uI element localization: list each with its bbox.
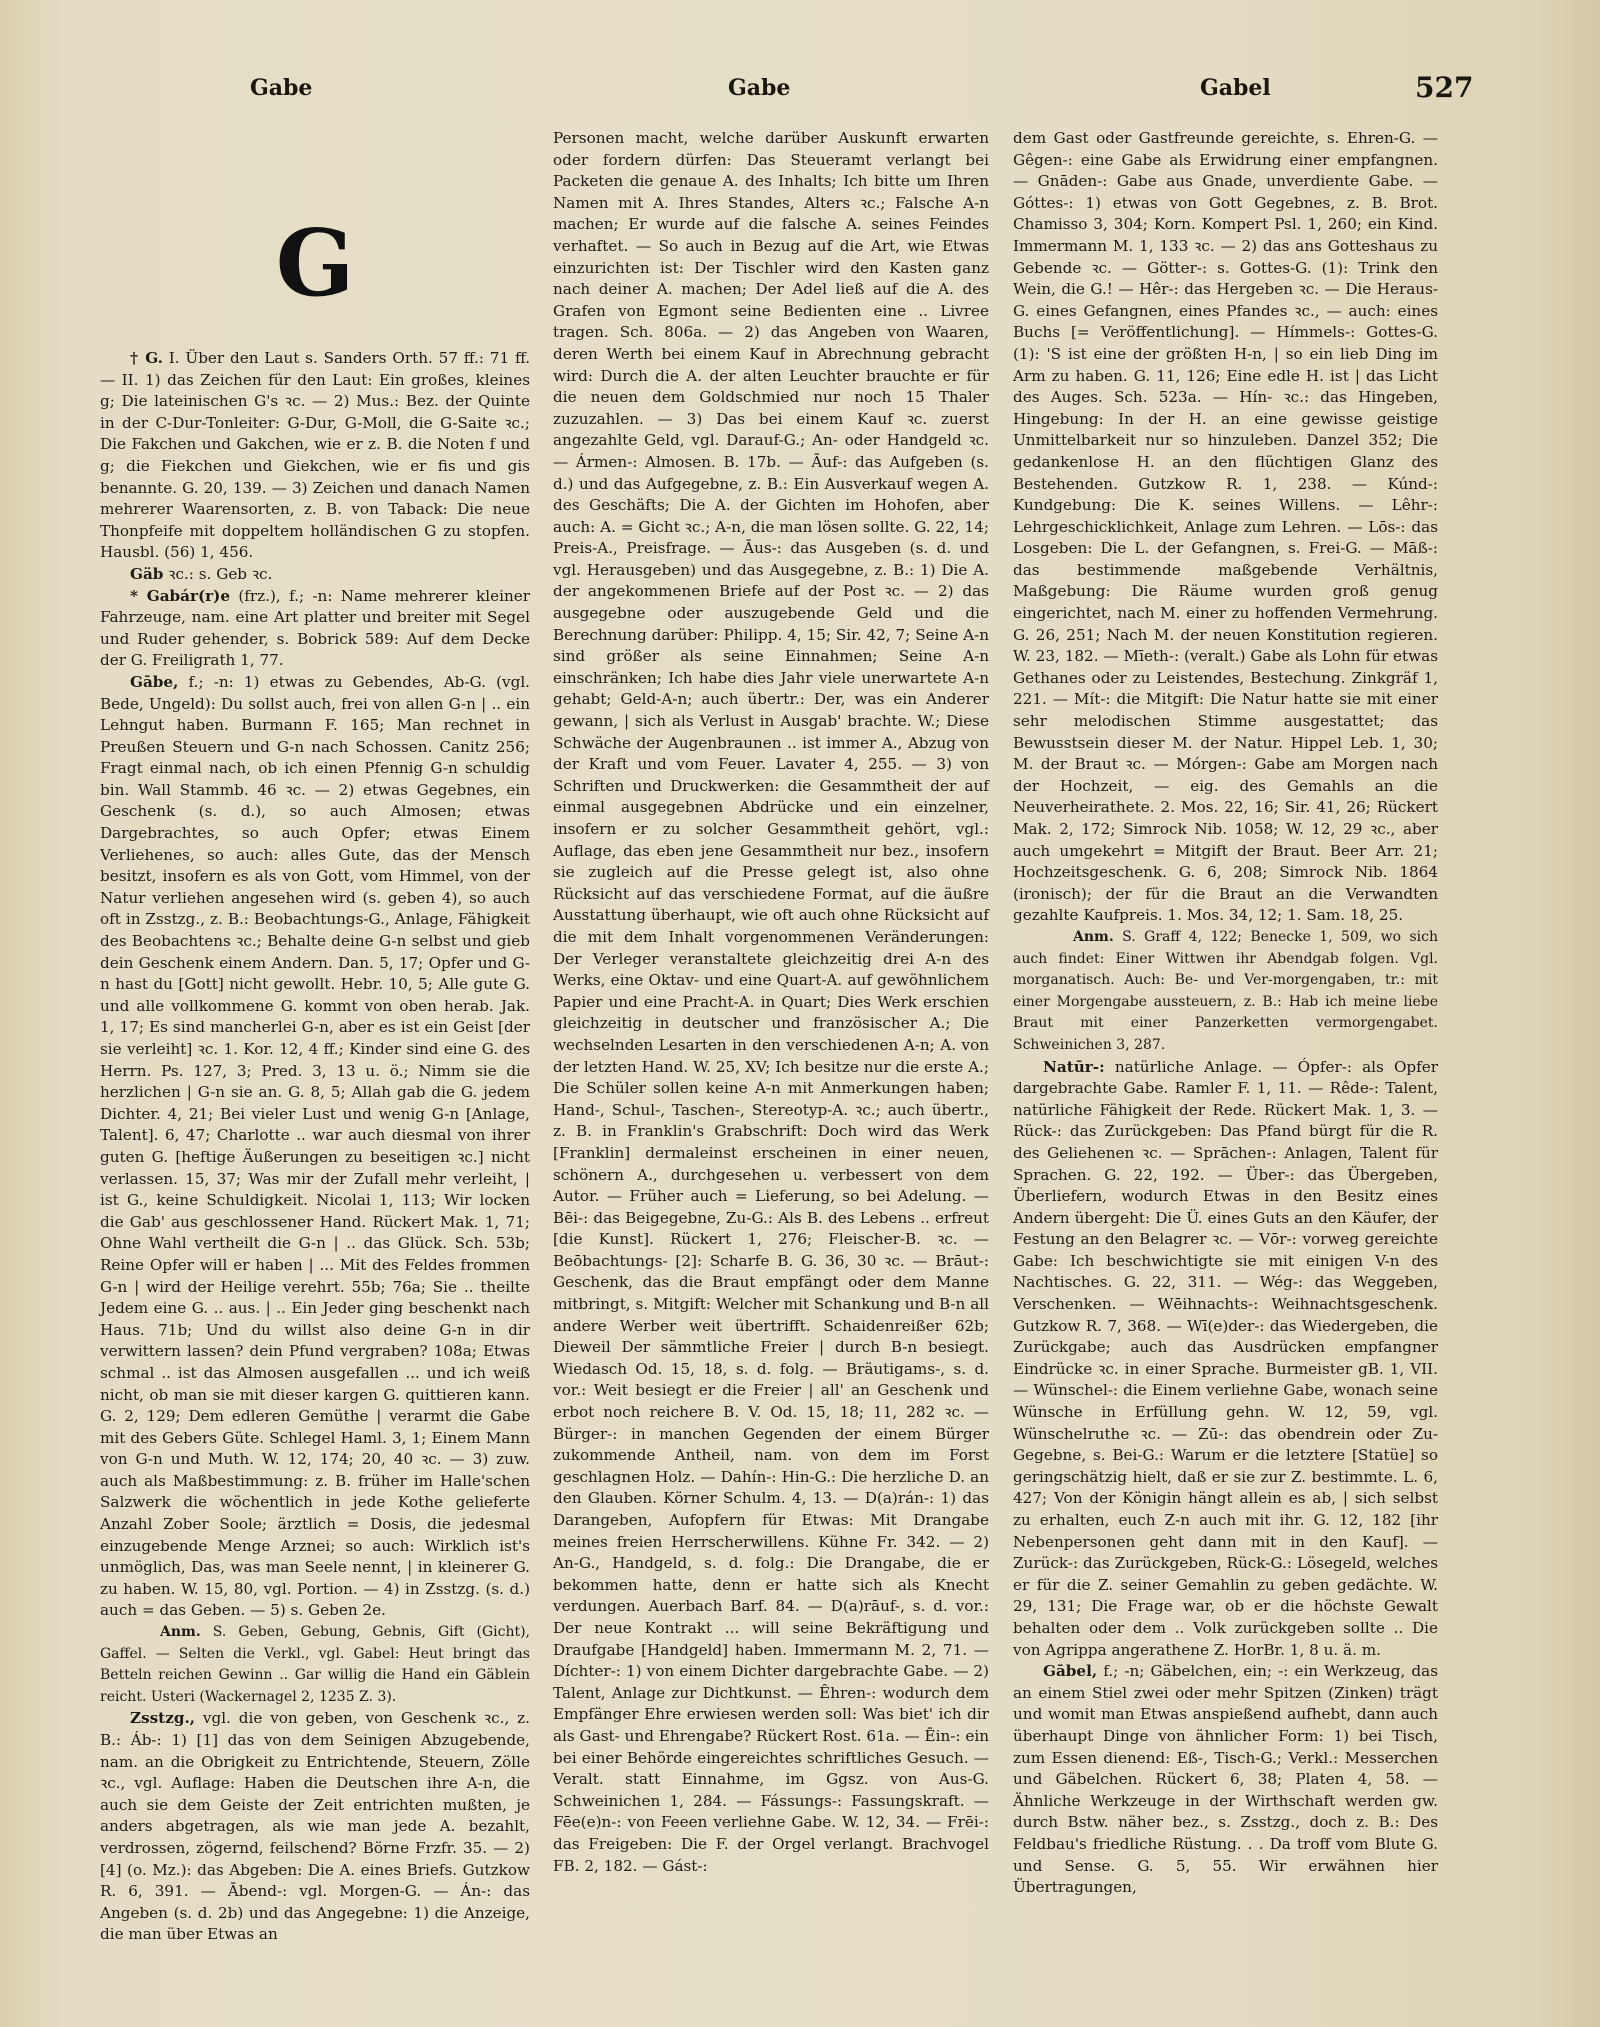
entry-headword: Gābel, (1043, 1662, 1097, 1680)
section-initial: G (100, 128, 530, 348)
annotation-paragraph: Anm. S. Graff 4, 122; Benecke 1, 509, wo… (1013, 927, 1438, 1057)
entry-text: natürliche Anlage. — Ópfer-: als Opfer d… (1013, 1058, 1438, 1659)
entry-text: ꝛc.: s. Geb ꝛc. (168, 565, 272, 583)
dictionary-entry: Gābel, f.; -n; Gäbelchen, ein; -: ein We… (1013, 1661, 1438, 1899)
annotation-paragraph: Anm. S. Geben, Gebung, Gebnis, Gift (Gic… (100, 1622, 530, 1708)
column-1: G † G. I. Über den Laut s. Sanders Orth.… (100, 128, 530, 1946)
running-head-left: Gabe (250, 75, 312, 101)
entry-text: Personen macht, welche darüber Auskunft … (553, 129, 989, 1875)
entry-headword: † G. (130, 349, 163, 367)
running-head-right: Gabel (1200, 75, 1271, 101)
entry-headword: Anm. (1073, 929, 1114, 945)
entry-headword: * Gabár(r)e (130, 587, 230, 605)
dictionary-entry: Zsstzg., vgl. die von geben, von Geschen… (100, 1708, 530, 1946)
page-number: 527 (1415, 71, 1473, 104)
column-3-entries: dem Gast oder Gastfreunde gereichte, s. … (1013, 128, 1438, 1899)
entry-headword: Anm. (160, 1624, 201, 1640)
entry-text: vgl. die von geben, von Geschenk ꝛc., z.… (100, 1709, 530, 1943)
column-1-entries: † G. I. Über den Laut s. Sanders Orth. 5… (100, 348, 530, 1946)
column-3: dem Gast oder Gastfreunde gereichte, s. … (1013, 128, 1438, 1899)
dictionary-entry: † G. I. Über den Laut s. Sanders Orth. 5… (100, 348, 530, 564)
dictionary-entry: dem Gast oder Gastfreunde gereichte, s. … (1013, 128, 1438, 927)
entry-headword: Gābe, (130, 673, 178, 691)
entry-headword: Zsstzg., (130, 1709, 195, 1727)
page-header: Gabe Gabe Gabel 527 (0, 75, 1600, 115)
dictionary-entry: * Gabár(r)e (frz.), f.; -n: Name mehrere… (100, 586, 530, 672)
running-head-middle: Gabe (728, 75, 790, 101)
dictionary-entry: Personen macht, welche darüber Auskunft … (553, 128, 989, 1877)
entry-text: f.; -n; Gäbelchen, ein; -: ein Werkzeug,… (1013, 1662, 1438, 1896)
dictionary-entry: Natūr-: natürliche Anlage. — Ópfer-: als… (1013, 1057, 1438, 1662)
entry-headword: Natūr-: (1043, 1058, 1105, 1076)
entry-text: f.; -n: 1) etwas zu Gebendes, Ab-G. (vgl… (100, 673, 530, 1620)
column-2-entries: Personen macht, welche darüber Auskunft … (553, 128, 989, 1877)
entry-text: I. Über den Laut s. Sanders Orth. 57 ff.… (100, 349, 530, 561)
column-2: Personen macht, welche darüber Auskunft … (553, 128, 989, 1877)
entry-headword: Gäb (130, 565, 163, 583)
entry-text: S. Graff 4, 122; Benecke 1, 509, wo sich… (1013, 929, 1438, 1053)
dictionary-entry: Gābe, f.; -n: 1) etwas zu Gebendes, Ab-G… (100, 672, 530, 1622)
dictionary-entry: Gäb ꝛc.: s. Geb ꝛc. (100, 564, 530, 586)
entry-text: dem Gast oder Gastfreunde gereichte, s. … (1013, 129, 1438, 924)
